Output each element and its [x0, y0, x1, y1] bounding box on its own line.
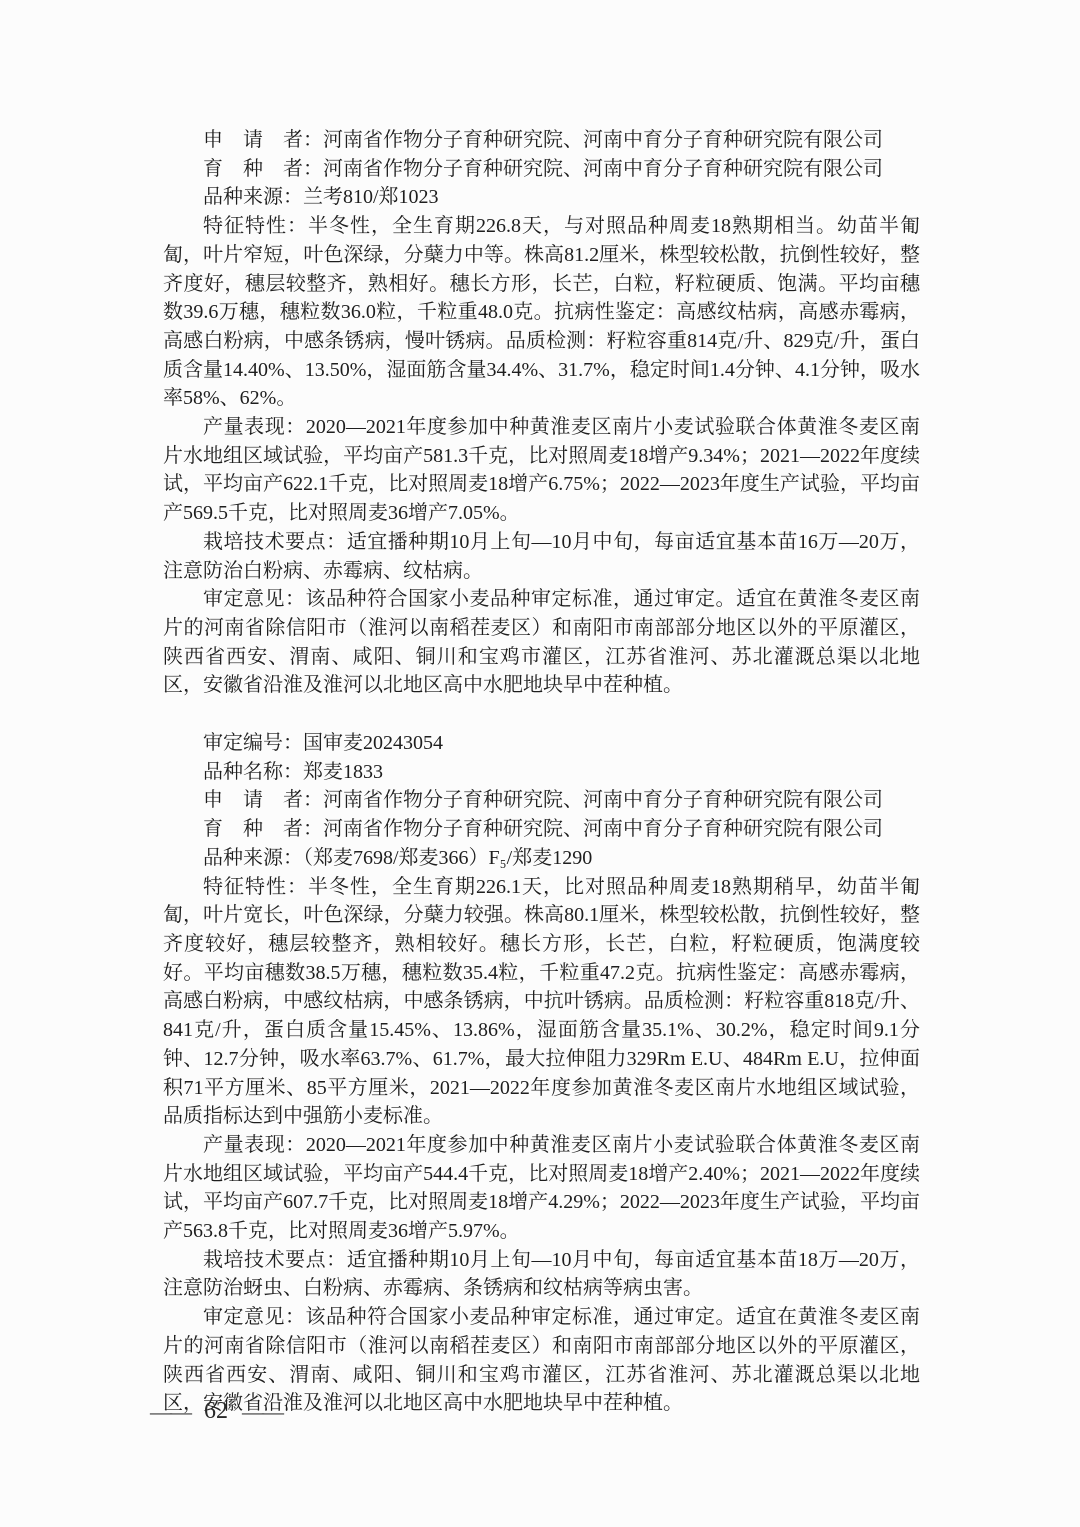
entry1-opinion-paragraph: 审定意见：该品种符合国家小麦品种审定标准，通过审定。适宜在黄淮冬麦区南片的河南省… [163, 585, 920, 700]
footer-right-dash: —— [242, 1399, 282, 1425]
entry1-origin-line: 品种来源：兰考810/郑1023 [163, 183, 920, 212]
footer-left-dash: —— [150, 1399, 190, 1425]
entry1-cultivation-paragraph: 栽培技术要点：适宜播种期10月上旬—10月中旬，每亩适宜基本苗16万—20万，注… [163, 528, 920, 585]
entry2-yield-paragraph: 产量表现：2020—2021年度参加中种黄淮麦区南片小麦试验联合体黄淮冬麦区南片… [163, 1131, 920, 1246]
entry1-traits-paragraph: 特征特性：半冬性，全生育期226.8天，与对照品种周麦18熟期相当。幼苗半匍匐，… [163, 212, 920, 413]
entry2-origin-line: 品种来源：（郑麦7698/郑麦366）F₅/郑麦1290 [163, 844, 920, 873]
entry2-approval-no-line: 审定编号：国审麦20243054 [163, 729, 920, 758]
entry2-applicant-line: 申 请 者：河南省作物分子育种研究院、河南中育分子育种研究院有限公司 [163, 786, 920, 815]
variety-entry-2: 审定编号：国审麦20243054 品种名称：郑麦1833 申 请 者：河南省作物… [163, 729, 920, 1418]
entry1-applicant-line: 申 请 者：河南省作物分子育种研究院、河南中育分子育种研究院有限公司 [163, 126, 920, 155]
entry2-variety-name-line: 品种名称：郑麦1833 [163, 758, 920, 787]
page-footer: —— 62 —— [150, 1398, 282, 1425]
document-page: 申 请 者：河南省作物分子育种研究院、河南中育分子育种研究院有限公司 育 种 者… [0, 0, 1080, 1527]
page-content: 申 请 者：河南省作物分子育种研究院、河南中育分子育种研究院有限公司 育 种 者… [163, 126, 920, 1418]
entry1-breeder-line: 育 种 者：河南省作物分子育种研究院、河南中育分子育种研究院有限公司 [163, 155, 920, 184]
entry2-breeder-line: 育 种 者：河南省作物分子育种研究院、河南中育分子育种研究院有限公司 [163, 815, 920, 844]
entry1-yield-paragraph: 产量表现：2020—2021年度参加中种黄淮麦区南片小麦试验联合体黄淮冬麦区南片… [163, 413, 920, 528]
entry2-cultivation-paragraph: 栽培技术要点：适宜播种期10月上旬—10月中旬，每亩适宜基本苗18万—20万，注… [163, 1246, 920, 1303]
page-number: 62 [204, 1398, 228, 1425]
entry2-traits-paragraph: 特征特性：半冬性，全生育期226.1天，比对照品种周麦18熟期稍早，幼苗半匍匐，… [163, 873, 920, 1131]
variety-entry-1: 申 请 者：河南省作物分子育种研究院、河南中育分子育种研究院有限公司 育 种 者… [163, 126, 920, 700]
